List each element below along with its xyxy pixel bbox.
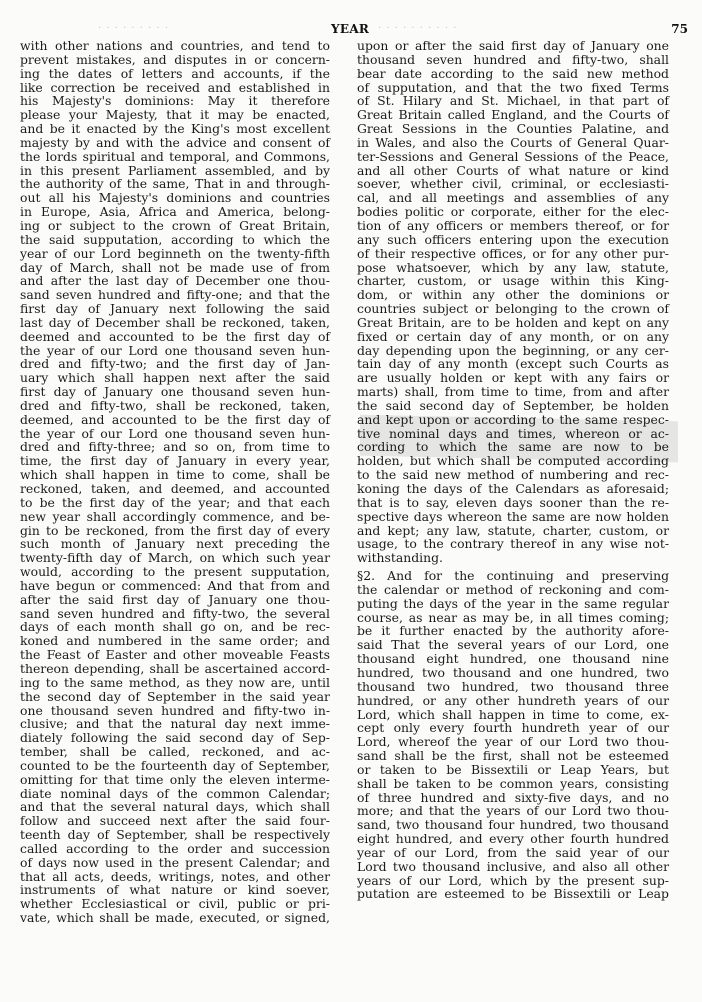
text-line: please your Majesty, that it may be enac…	[20, 108, 330, 122]
text-line: first day of January one thousand seven …	[20, 385, 330, 399]
text-line: with other nations and countries, and te…	[20, 39, 330, 53]
right-column: upon or after the said first day of Janu…	[357, 39, 669, 901]
text-line: ter-Sessions and General Sessions of the…	[357, 150, 669, 164]
text-line: which shall happen in time to come, shal…	[20, 468, 330, 482]
text-line: shall be taken to be common years, consi…	[357, 777, 669, 791]
text-line: that all acts, deeds, writings, notes, a…	[20, 870, 330, 884]
text-line: and be it enacted by the King's most exc…	[20, 122, 330, 136]
header-bleed-through-left: · · · · · · · · ·	[98, 23, 169, 34]
text-line: Lord, whereof the year of our Lord two t…	[357, 735, 669, 749]
text-line: thousand eight hundred, one thousand nin…	[357, 652, 669, 666]
text-line: the lords spiritual and temporal, and Co…	[20, 150, 330, 164]
text-line: and all other Courts of what nature or k…	[357, 164, 669, 178]
text-line: and that the several natural days, which…	[20, 800, 330, 814]
page-number: 75	[671, 22, 688, 36]
text-line: majesty by and with the advice and conse…	[20, 136, 330, 150]
text-line: Lord two thousand inclusive, and also al…	[357, 860, 669, 874]
text-line: the calendar or method of reckoning and …	[357, 583, 669, 597]
text-line: bodies politic or corporate, either for …	[357, 205, 669, 219]
text-line: the year of our Lord one thousand seven …	[20, 427, 330, 441]
text-line: said That the several years of our Lord,…	[357, 638, 669, 652]
text-line: that is to say, eleven days sooner than …	[357, 496, 669, 510]
text-line: dred and fifty-two, shall be reckoned, t…	[20, 399, 330, 413]
text-line: first day of January next following the …	[20, 302, 330, 316]
text-line: tive nominal days and times, whereon or …	[357, 427, 669, 441]
text-line: to be the first day of the year; and tha…	[20, 496, 330, 510]
text-line: new year shall accordingly commence, and…	[20, 510, 330, 524]
text-line: in Europe, Asia, Africa and America, bel…	[20, 205, 330, 219]
text-line: and after the last day of December one t…	[20, 274, 330, 288]
text-line: holden, but which shall be computed acco…	[357, 454, 669, 468]
text-line: last day of December shall be reckoned, …	[20, 316, 330, 330]
text-line: charter, custom, or usage within this Ki…	[357, 274, 669, 288]
text-line: Great Britain, are to be holden and kept…	[357, 316, 669, 330]
text-line: the year of our Lord one thousand seven …	[20, 344, 330, 358]
text-line: of supputation, and that the two fixed T…	[357, 81, 669, 95]
text-line: eight hundred, and every other fourth hu…	[357, 832, 669, 846]
text-line: dred and fifty-two; and the first day of…	[20, 357, 330, 371]
text-line: of St. Hilary and St. Michael, in that p…	[357, 94, 669, 108]
text-line: the second day of September in the said …	[20, 690, 330, 704]
text-line: deemed and accounted to be the first day…	[20, 330, 330, 344]
text-line: Great Sessions in the Counties Palatine,…	[357, 122, 669, 136]
text-line: koned and numbered in the same order; an…	[20, 634, 330, 648]
text-line: hundred, or any other hundreth years of …	[357, 694, 669, 708]
text-line: koning the days of the Calendars as afor…	[357, 482, 669, 496]
text-line: the Feast of Easter and other moveable F…	[20, 648, 330, 662]
text-line: his Majesty's dominions: May it therefor…	[20, 94, 330, 108]
text-line: countries subject or belonging to the cr…	[357, 302, 669, 316]
text-line: deemed, and accounted to be the first da…	[20, 413, 330, 427]
text-line: marts) shall, from time to time, from an…	[357, 385, 669, 399]
text-line: cal, and all meetings and assemblies of …	[357, 191, 669, 205]
text-line: Lord, which shall happen in time to come…	[357, 708, 669, 722]
text-line: more; and that the years of our Lord two…	[357, 804, 669, 818]
text-line: thereon depending, shall be ascertained …	[20, 662, 330, 676]
header-bleed-through-right: · · · · · · · · · ·	[378, 23, 457, 34]
text-line: follow and succeed next after the said f…	[20, 814, 330, 828]
text-line: of their respective offices, or for any …	[357, 247, 669, 261]
text-line: cept only every fourth hundreth year of …	[357, 721, 669, 735]
text-line: Great Britain called England, and the Co…	[357, 108, 669, 122]
text-line: have begun or commenced: And that from a…	[20, 579, 330, 593]
text-line: diate nominal days of the common Calenda…	[20, 787, 330, 801]
text-line: days of each month shall go on, and be r…	[20, 620, 330, 634]
left-column: with other nations and countries, and te…	[20, 39, 330, 925]
text-line: in this present Parliament assembled, an…	[20, 164, 330, 178]
text-line: vate, which shall be made, executed, or …	[20, 911, 330, 925]
text-line: uary which shall happen next after the s…	[20, 371, 330, 385]
text-line: sand shall be the first, shall not be es…	[357, 749, 669, 763]
text-line: in Wales, and also the Courts of General…	[357, 136, 669, 150]
text-line: such month of January next preceding the	[20, 537, 330, 551]
text-line: twenty-fifth day of March, on which such…	[20, 551, 330, 565]
text-line: gin to be reckoned, from the first day o…	[20, 524, 330, 538]
text-line: the said supputation, according to which…	[20, 233, 330, 247]
text-line: of three hundred and sixty-five days, an…	[357, 791, 669, 805]
text-line: year of our Lord beginneth on the twenty…	[20, 247, 330, 261]
text-line: upon or after the said first day of Janu…	[357, 39, 669, 53]
text-line: day depending upon the beginning, or any…	[357, 344, 669, 358]
text-line: the said second day of September, be hol…	[357, 399, 669, 413]
text-line: withstanding.	[357, 551, 669, 565]
text-line: sand seven hundred and fifty-two, the se…	[20, 607, 330, 621]
text-line: ing or subject to the crown of Great Bri…	[20, 219, 330, 233]
text-line: one thousand seven hundred and fifty-two…	[20, 704, 330, 718]
text-line: instruments of what nature or kind soeve…	[20, 883, 330, 897]
text-line: would, according to the present supputat…	[20, 565, 330, 579]
text-line: time, the first day of January in every …	[20, 454, 330, 468]
text-line: reckoned, taken, and deemed, and account…	[20, 482, 330, 496]
text-line: after the said first day of January one …	[20, 593, 330, 607]
text-line: year of our Lord, from the said year of …	[357, 846, 669, 860]
text-line: dom, or within any other the dominions o…	[357, 288, 669, 302]
text-line: diately following the said second day of…	[20, 731, 330, 745]
text-line: bear date according to the said new meth…	[357, 67, 669, 81]
text-line: and kept upon or according to the same r…	[357, 413, 669, 427]
text-line: dred and fifty-three; and so on, from ti…	[20, 440, 330, 454]
text-line: spective days whereon the same are now h…	[357, 510, 669, 524]
text-line: day of March, shall not be made use of f…	[20, 261, 330, 275]
text-line: of days now used in the present Calendar…	[20, 856, 330, 870]
text-line: tember, shall be called, reckoned, and a…	[20, 745, 330, 759]
text-line: sand, two thousand four hundred, two tho…	[357, 818, 669, 832]
text-line: are usually holden or kept with any fair…	[357, 371, 669, 385]
text-line: putation are esteemed to be Bissextili o…	[357, 887, 669, 901]
text-line: like correction be received and establis…	[20, 81, 330, 95]
text-line: clusive; and that the natural day next i…	[20, 717, 330, 731]
text-line: omitting for that time only the eleven i…	[20, 773, 330, 787]
text-line: and kept; any law, statute, charter, cus…	[357, 524, 669, 538]
text-line: years of our Lord, which by the present …	[357, 874, 669, 888]
running-head-title: YEAR	[331, 22, 369, 36]
text-line: or taken to be Bissextili or Leap Years,…	[357, 763, 669, 777]
text-line: out all his Majesty's dominions and coun…	[20, 191, 330, 205]
text-line: course, as near as may be, in all times …	[357, 611, 669, 625]
text-line: the authority of the same, That in and t…	[20, 177, 330, 191]
text-line: prevent mistakes, and disputes in or con…	[20, 53, 330, 67]
text-line: ing the dates of letters and accounts, i…	[20, 67, 330, 81]
text-line: puting the days of the year in the same …	[357, 597, 669, 611]
text-line: pose whatsoever, which by any law, statu…	[357, 261, 669, 275]
text-line: teenth day of September, shall be respec…	[20, 828, 330, 842]
text-line: whether Ecclesiastical or civil, public …	[20, 897, 330, 911]
text-line: §2. And for the continuing and preservin…	[357, 569, 669, 583]
text-line: usage, to the contrary thereof in any wi…	[357, 537, 669, 551]
text-line: any such officers entering upon the exec…	[357, 233, 669, 247]
text-line: tion of any officers or members thereof,…	[357, 219, 669, 233]
text-line: thousand two hundred, two thousand three	[357, 680, 669, 694]
text-line: to the said new method of numbering and …	[357, 468, 669, 482]
text-line: ing to the same method, as they now are,…	[20, 676, 330, 690]
text-line: cording to which the same are now to be	[357, 440, 669, 454]
text-line: soever, whether civil, criminal, or eccl…	[357, 177, 669, 191]
text-line: thousand seven hundred and fifty-two, sh…	[357, 53, 669, 67]
text-line: fixed or certain day of any month, or on…	[357, 330, 669, 344]
text-line: hundred, two thousand and one hundred, t…	[357, 666, 669, 680]
text-line: be it further enacted by the authority a…	[357, 624, 669, 638]
text-line: counted to be the fourteenth day of Sept…	[20, 759, 330, 773]
text-line: sand seven hundred and fifty-one; and th…	[20, 288, 330, 302]
text-line: tain day of any month (except such Court…	[357, 357, 669, 371]
text-line: called according to the order and succes…	[20, 842, 330, 856]
